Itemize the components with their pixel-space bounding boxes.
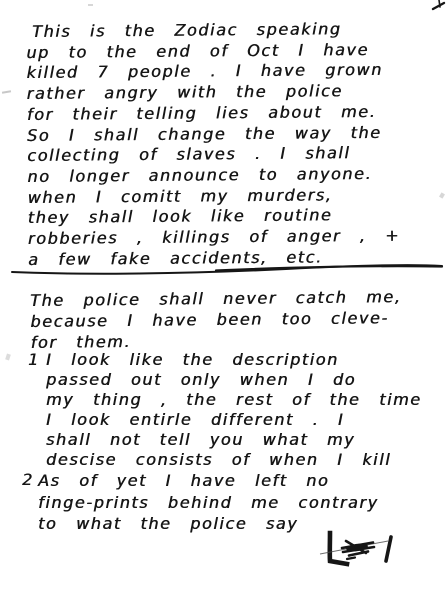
- paragraph-two: The police shall never catch me, because…: [30, 286, 402, 353]
- letter-line: no longer announce to anyone.: [27, 164, 399, 188]
- letter-line: shall not tell you what my: [46, 430, 422, 450]
- item-number: 2: [22, 470, 38, 489]
- letter-line: finge-prints behind me contrary: [38, 492, 379, 514]
- paper-speck: [88, 4, 93, 6]
- letter-line: robberies , killings of anger , +: [28, 226, 400, 250]
- item-number: 1: [28, 350, 46, 369]
- letter-line: my thing , the rest of the time: [46, 390, 422, 410]
- paper-speck: [5, 354, 11, 361]
- paragraph-one: This is the Zodiac speaking up to the en…: [26, 19, 400, 271]
- paper-speck: [2, 90, 11, 94]
- letter-line: I look like the description: [46, 350, 422, 370]
- scribbled-signature-mark-icon: [316, 524, 426, 576]
- letter-page: This is the Zodiac speaking up to the en…: [0, 0, 448, 600]
- letter-line: I look entirle different . I: [46, 410, 422, 430]
- pen-tick-icon: [430, 0, 448, 12]
- letter-line: because I have been too cleve-: [30, 307, 401, 332]
- numbered-item-1: 1 I look like the description passed out…: [28, 350, 422, 470]
- letter-line: As of yet I have left no: [38, 470, 379, 492]
- letter-line: for their telling lies about me.: [27, 102, 399, 126]
- letter-line: killed 7 people . I have grown: [26, 60, 398, 84]
- paper-speck: [439, 192, 445, 198]
- letter-line: descise consists of when I kill: [46, 450, 422, 470]
- hand-drawn-divider: [6, 262, 446, 278]
- letter-line: passed out only when I do: [46, 370, 422, 390]
